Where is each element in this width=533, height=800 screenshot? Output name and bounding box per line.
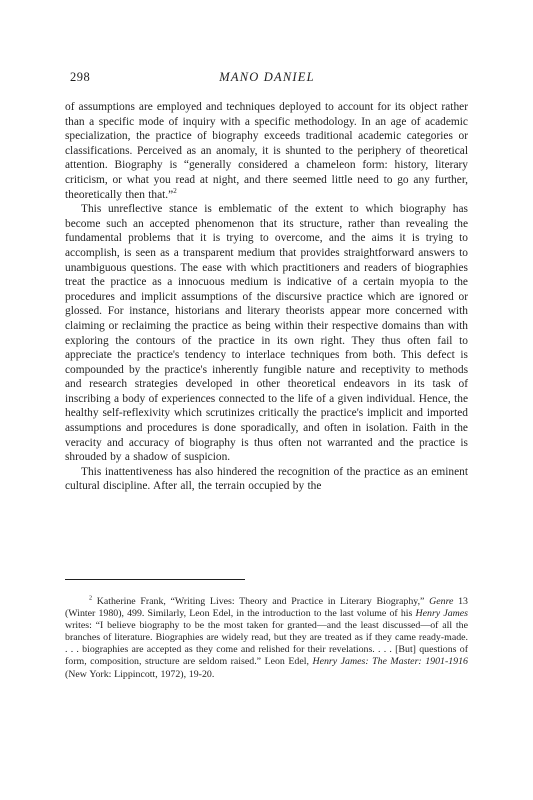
scanned-book-page: 298 MANO DANIEL of assumptions are emplo… xyxy=(0,0,533,800)
text-run: Henry James: The Master: 1901-1916 xyxy=(312,656,468,667)
footnote-section: 2 Katherine Frank, “Writing Lives: Theor… xyxy=(65,596,468,681)
paragraph: of assumptions are employed and techniqu… xyxy=(65,100,468,202)
text-run: of assumptions are employed and techniqu… xyxy=(65,101,468,201)
text-run: Katherine Frank, “Writing Lives: Theory … xyxy=(92,596,429,607)
text-run: Henry James xyxy=(416,608,469,619)
page-header: 298 MANO DANIEL xyxy=(66,70,468,84)
paragraph: This unreflective stance is emblematic o… xyxy=(65,202,468,465)
text-run: This inattentiveness has also hindered t… xyxy=(65,466,468,493)
footnote-separator xyxy=(65,579,245,580)
body-text: of assumptions are employed and techniqu… xyxy=(65,100,468,494)
running-head: MANO DANIEL xyxy=(219,70,315,84)
footnote-text: 2 Katherine Frank, “Writing Lives: Theor… xyxy=(65,596,468,681)
text-run: Genre xyxy=(429,596,453,607)
page-number: 298 xyxy=(70,70,90,84)
footnote-marker: 2 xyxy=(173,187,177,195)
text-run: (New York: Lippincott, 1972), 19-20. xyxy=(65,669,214,680)
text-run: This unreflective stance is emblematic o… xyxy=(65,203,468,463)
paragraph: This inattentiveness has also hindered t… xyxy=(65,465,468,494)
